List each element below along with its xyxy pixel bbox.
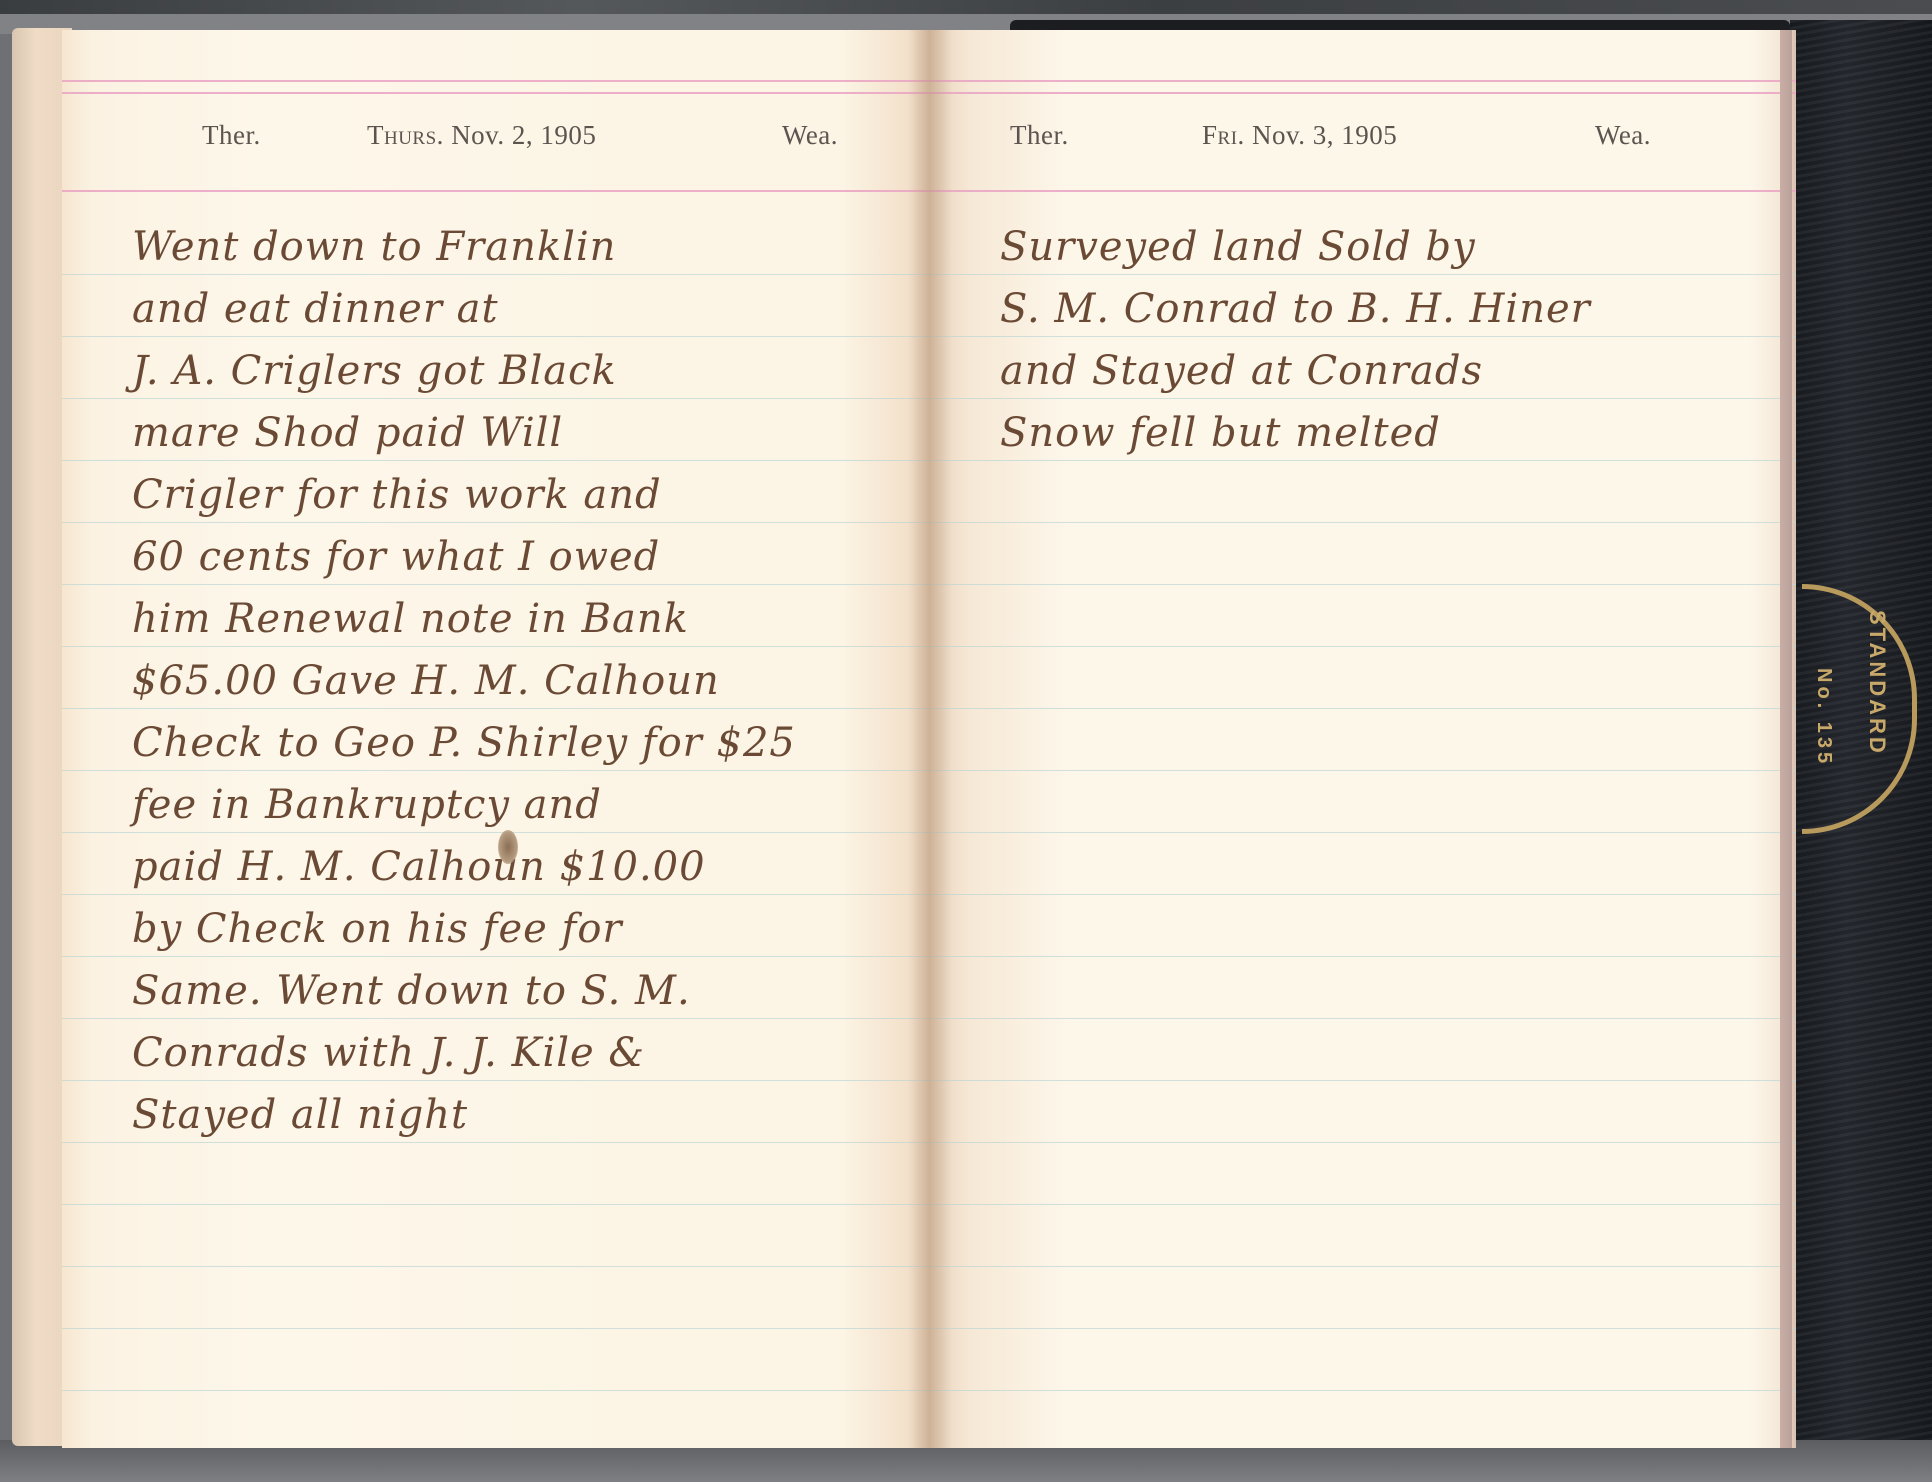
wea-label: Wea. <box>782 120 838 151</box>
entry-line: Same. Went down to S. M. <box>132 960 691 1022</box>
background-table-edge <box>0 0 1932 14</box>
entry-line: Check to Geo P. Shirley for $25 <box>132 712 796 774</box>
entry-line: him Renewal note in Bank <box>132 588 689 650</box>
ruled-line <box>930 584 1796 585</box>
entry-line: S. M. Conrad to B. H. Hiner <box>1000 278 1591 340</box>
ther-label: Ther. <box>202 120 261 151</box>
entry-line: J. A. Criglers got Black <box>132 340 617 402</box>
pink-rule <box>930 80 1796 82</box>
day-label: Fri. <box>1202 120 1245 150</box>
ruled-line <box>930 1266 1796 1267</box>
ruled-line <box>930 1080 1796 1081</box>
right-page: Ther. Fri. Nov. 3, 1905 Wea. Surveyed la… <box>930 30 1796 1448</box>
ruled-line <box>930 770 1796 771</box>
ruled-line <box>62 1204 930 1205</box>
ruled-line <box>930 894 1796 895</box>
page-date-header: Thurs. Nov. 2, 1905 <box>367 120 596 151</box>
entry-line: Stayed all night <box>132 1084 468 1146</box>
entry-line: mare Shod paid Will <box>132 402 563 464</box>
ruled-line <box>930 1204 1796 1205</box>
pink-rule <box>930 92 1796 94</box>
ruled-line <box>930 522 1796 523</box>
entry-line: by Check on his fee for <box>132 898 623 960</box>
pink-rule <box>62 80 930 82</box>
ther-label: Ther. <box>1010 120 1069 151</box>
entry-line: Crigler for this work and <box>132 464 662 526</box>
ruled-line <box>930 832 1796 833</box>
date-label: Nov. 3, 1905 <box>1252 120 1397 150</box>
pink-rule <box>930 190 1796 192</box>
cover-stamp-text: STANDARD <box>1850 610 1890 756</box>
entry-line: fee in Bankruptcy and <box>132 774 602 836</box>
ink-stain <box>498 830 518 864</box>
left-page: Ther. Thurs. Nov. 2, 1905 Wea. Went down… <box>62 30 930 1448</box>
ruled-line <box>930 646 1796 647</box>
cover-stamp-number: No. 135 <box>1812 668 1835 767</box>
ruled-line <box>930 1018 1796 1019</box>
entry-line: 60 cents for what I owed <box>132 526 660 588</box>
entry-line: Conrads with J. J. Kile & <box>132 1022 645 1084</box>
page-date-header: Fri. Nov. 3, 1905 <box>1202 120 1397 151</box>
day-label: Thurs. <box>367 120 444 150</box>
entry-line: and eat dinner at <box>132 278 499 340</box>
ruled-line <box>62 1266 930 1267</box>
entry-line: Went down to Franklin <box>132 216 616 278</box>
wea-label: Wea. <box>1595 120 1651 151</box>
entry-line: $65.00 Gave H. M. Calhoun <box>132 650 720 712</box>
pink-rule <box>62 92 930 94</box>
ruled-line <box>930 1390 1796 1391</box>
ruled-line <box>62 1328 930 1329</box>
ruled-line <box>62 1390 930 1391</box>
pink-rule <box>62 190 930 192</box>
page-edge-right <box>1780 30 1792 1448</box>
ruled-line <box>930 1328 1796 1329</box>
ruled-line <box>930 1142 1796 1143</box>
ruled-line <box>930 956 1796 957</box>
entry-line: paid H. M. Calhoun $10.00 <box>132 836 706 898</box>
ruled-line <box>930 708 1796 709</box>
entry-line: Surveyed land Sold by <box>1000 216 1476 278</box>
entry-line: and Stayed at Conrads <box>1000 340 1483 402</box>
book-gutter <box>908 30 952 1448</box>
entry-line: Snow fell but melted <box>1000 402 1441 464</box>
date-label: Nov. 2, 1905 <box>451 120 596 150</box>
